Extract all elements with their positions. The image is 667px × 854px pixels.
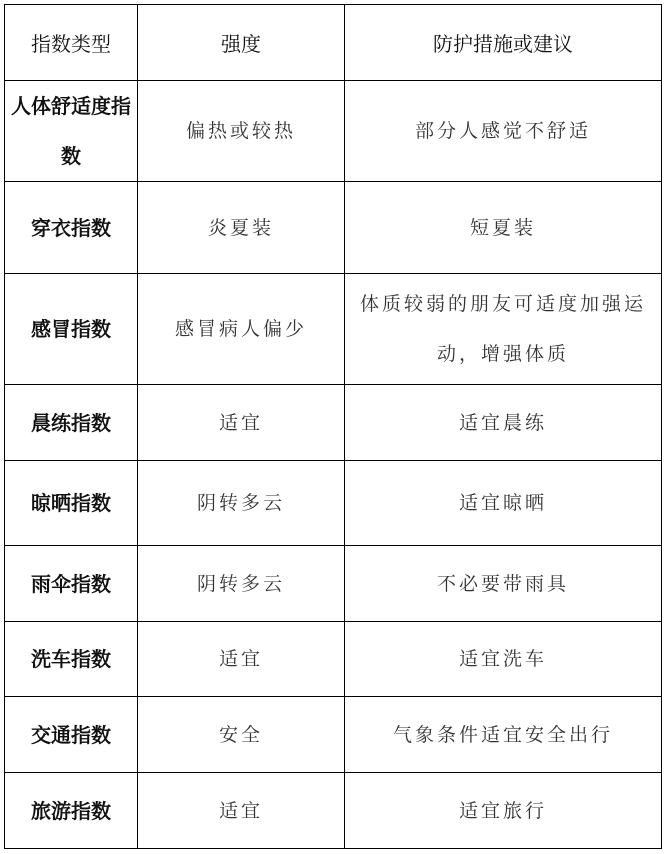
index-name: 感冒指数 — [5, 274, 138, 385]
header-row: 指数类型 强度 防护措施或建议 — [5, 5, 662, 81]
index-name: 交通指数 — [5, 697, 138, 773]
index-name: 晾晒指数 — [5, 461, 138, 546]
index-level: 炎夏装 — [138, 182, 345, 274]
index-advice: 气象条件适宜安全出行 — [345, 697, 662, 773]
index-level: 偏热或较热 — [138, 81, 345, 182]
index-level: 安全 — [138, 697, 345, 773]
header-level: 强度 — [138, 5, 345, 81]
index-level: 阴转多云 — [138, 461, 345, 546]
header-advice: 防护措施或建议 — [345, 5, 662, 81]
table-row: 旅游指数 适宜 适宜旅行 — [5, 773, 662, 849]
index-level: 感冒病人偏少 — [138, 274, 345, 385]
table-row: 感冒指数 感冒病人偏少 体质较弱的朋友可适度加强运动，增强体质 — [5, 274, 662, 385]
index-name: 洗车指数 — [5, 622, 138, 697]
index-advice: 体质较弱的朋友可适度加强运动，增强体质 — [345, 274, 662, 385]
index-level: 阴转多云 — [138, 546, 345, 622]
index-advice: 不必要带雨具 — [345, 546, 662, 622]
index-advice: 适宜晨练 — [345, 385, 662, 461]
index-advice: 短夏装 — [345, 182, 662, 274]
table-row: 穿衣指数 炎夏装 短夏装 — [5, 182, 662, 274]
table-row: 雨伞指数 阴转多云 不必要带雨具 — [5, 546, 662, 622]
index-level: 适宜 — [138, 773, 345, 849]
index-name: 晨练指数 — [5, 385, 138, 461]
index-name: 旅游指数 — [5, 773, 138, 849]
index-name: 人体舒适度指数 — [5, 81, 138, 182]
table-row: 晾晒指数 阴转多云 适宜晾晒 — [5, 461, 662, 546]
index-advice: 部分人感觉不舒适 — [345, 81, 662, 182]
index-name: 穿衣指数 — [5, 182, 138, 274]
table-row: 晨练指数 适宜 适宜晨练 — [5, 385, 662, 461]
table-row: 洗车指数 适宜 适宜洗车 — [5, 622, 662, 697]
table-row: 人体舒适度指数 偏热或较热 部分人感觉不舒适 — [5, 81, 662, 182]
index-advice: 适宜旅行 — [345, 773, 662, 849]
table-row: 交通指数 安全 气象条件适宜安全出行 — [5, 697, 662, 773]
header-index-type: 指数类型 — [5, 5, 138, 81]
index-name: 雨伞指数 — [5, 546, 138, 622]
index-level: 适宜 — [138, 622, 345, 697]
index-level: 适宜 — [138, 385, 345, 461]
index-advice: 适宜洗车 — [345, 622, 662, 697]
index-advice: 适宜晾晒 — [345, 461, 662, 546]
weather-index-table: 指数类型 强度 防护措施或建议 人体舒适度指数 偏热或较热 部分人感觉不舒适 穿… — [4, 4, 662, 849]
